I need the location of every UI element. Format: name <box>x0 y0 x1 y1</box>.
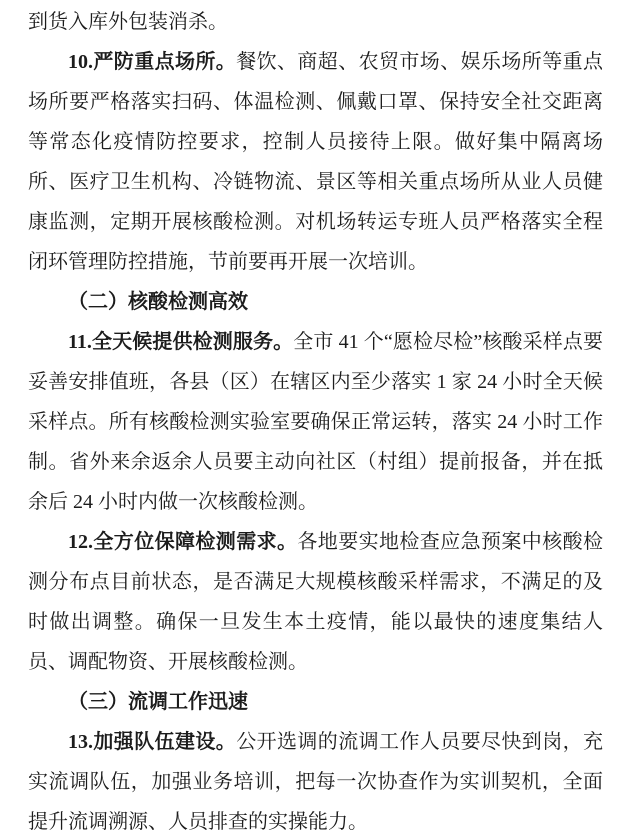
item-12-run-in-heading: 12.全方位保障检测需求。 <box>68 531 297 553</box>
item-10-run-in-heading: 10.严防重点场所。 <box>68 51 236 73</box>
document-page: 到货入库外包装消杀。 10.严防重点场所。餐饮、商超、农贸市场、娱乐场所等重点场… <box>0 0 631 839</box>
item-10-body-text: 餐饮、商超、农贸市场、娱乐场所等重点场所要严格落实扫码、体温检测、佩戴口罩、保持… <box>28 51 603 273</box>
item-11-body-text: 全市 41 个“愿检尽检”核酸采样点要妥善安排值班，各县（区）在辖区内至少落实 … <box>28 331 603 513</box>
item-11-run-in-heading: 11.全天候提供检测服务。 <box>68 331 293 353</box>
paragraph-item-12: 12.全方位保障检测需求。各地要实地检查应急预案中核酸检测分布点目前状态，是否满… <box>28 522 603 682</box>
paragraph-continuation: 到货入库外包装消杀。 <box>28 2 603 42</box>
paragraph-item-11: 11.全天候提供检测服务。全市 41 个“愿检尽检”核酸采样点要妥善安排值班，各… <box>28 322 603 522</box>
paragraph-item-13: 13.加强队伍建设。公开选调的流调工作人员要尽快到岗，充实流调队伍，加强业务培训… <box>28 722 603 839</box>
section-heading-3: （三）流调工作迅速 <box>28 682 603 722</box>
paragraph-item-10: 10.严防重点场所。餐饮、商超、农贸市场、娱乐场所等重点场所要严格落实扫码、体温… <box>28 42 603 282</box>
section-heading-2: （二）核酸检测高效 <box>28 282 603 322</box>
item-13-run-in-heading: 13.加强队伍建设。 <box>68 731 236 753</box>
